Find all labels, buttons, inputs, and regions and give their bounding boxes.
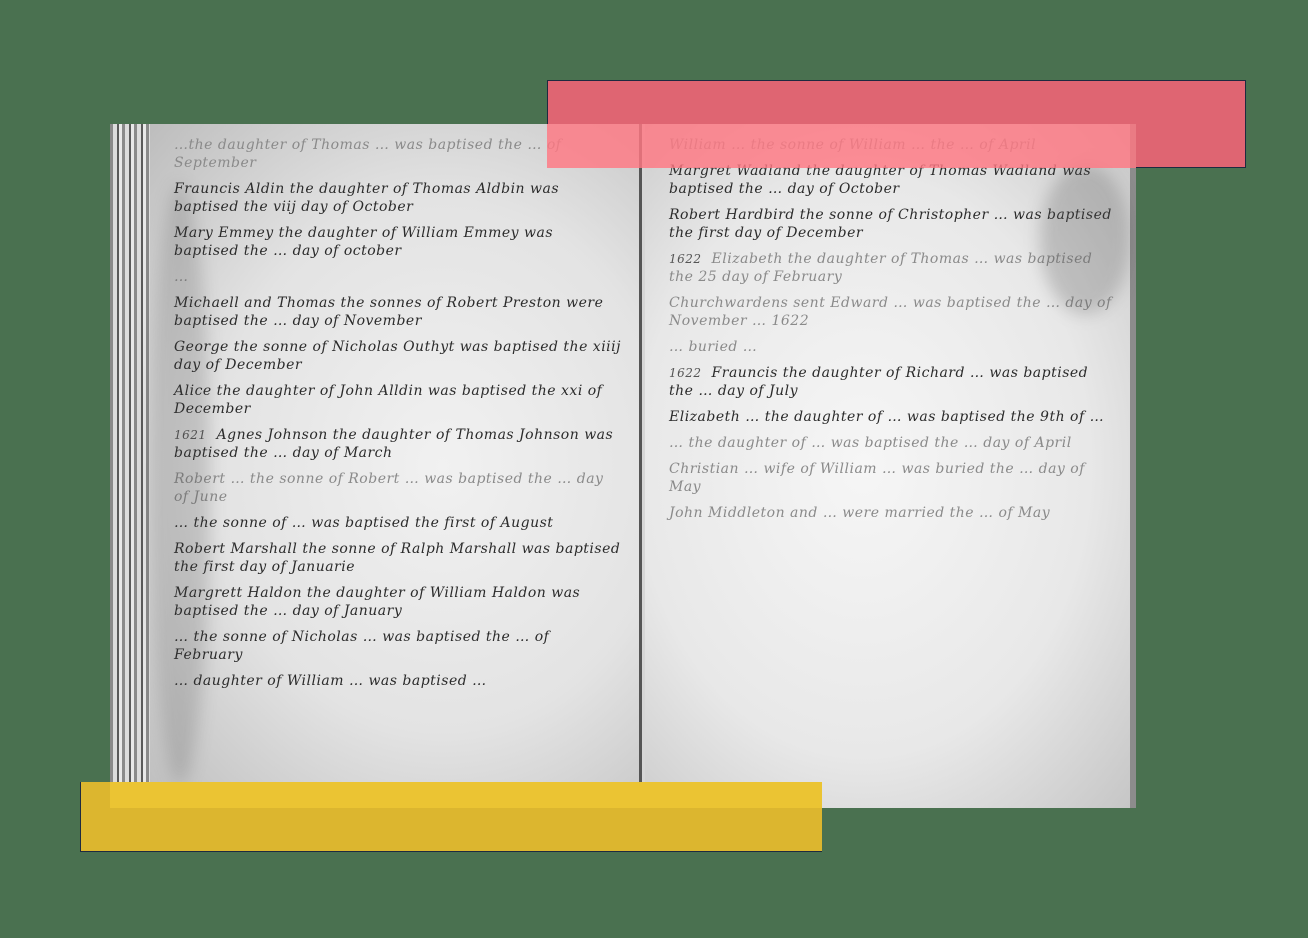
register-entry: … bbox=[174, 268, 621, 286]
register-entry: Christian … wife of William … was buried… bbox=[669, 460, 1112, 496]
entry-text: Michaell and Thomas the sonnes of Robert… bbox=[174, 295, 603, 329]
entry-text: Margret Wadland the daughter of Thomas W… bbox=[669, 163, 1091, 197]
entry-text: John Middleton and … were married the … … bbox=[669, 505, 1050, 521]
register-entry: … the sonne of … was baptised the first … bbox=[174, 514, 621, 532]
entry-text: … buried … bbox=[669, 339, 757, 355]
register-entry: George the sonne of Nicholas Outhyt was … bbox=[174, 338, 621, 374]
left-page: …the daughter of Thomas … was baptised t… bbox=[150, 124, 642, 808]
register-entry: Mary Emmey the daughter of William Emmey… bbox=[174, 224, 621, 260]
register-entry: Robert … the sonne of Robert … was bapti… bbox=[174, 470, 621, 506]
register-entry: 1622Frauncis the daughter of Richard … w… bbox=[669, 364, 1112, 400]
entry-text: Agnes Johnson the daughter of Thomas Joh… bbox=[174, 427, 613, 461]
register-entry: Elizabeth … the daughter of … was baptis… bbox=[669, 408, 1112, 426]
register-entry: Robert Marshall the sonne of Ralph Marsh… bbox=[174, 540, 621, 576]
entry-text: Alice the daughter of John Alldin was ba… bbox=[174, 383, 602, 417]
ink-smudge bbox=[1040, 164, 1130, 314]
entry-text: … daughter of William … was baptised … bbox=[174, 673, 487, 689]
register-entry: 1621Agnes Johnson the daughter of Thomas… bbox=[174, 426, 621, 462]
entry-text: Churchwardens sent Edward … was baptised… bbox=[669, 295, 1112, 329]
register-entry: Alice the daughter of John Alldin was ba… bbox=[174, 382, 621, 418]
register-entry: Margrett Haldon the daughter of William … bbox=[174, 584, 621, 620]
entry-year: 1622 bbox=[669, 252, 702, 266]
entry-text: Frauncis Aldin the daughter of Thomas Al… bbox=[174, 181, 559, 215]
entry-text: … the sonne of … was baptised the first … bbox=[174, 515, 553, 531]
entry-text: Elizabeth … the daughter of … was baptis… bbox=[669, 409, 1104, 425]
entry-text: … the sonne of Nicholas … was baptised t… bbox=[174, 629, 549, 663]
register-entry: Michaell and Thomas the sonnes of Robert… bbox=[174, 294, 621, 330]
entry-text: Robert … the sonne of Robert … was bapti… bbox=[174, 471, 603, 505]
register-entry: Churchwardens sent Edward … was baptised… bbox=[669, 294, 1112, 330]
entry-text: …the daughter of Thomas … was baptised t… bbox=[174, 137, 561, 171]
entry-text: Robert Marshall the sonne of Ralph Marsh… bbox=[174, 541, 620, 575]
entry-year: 1622 bbox=[669, 366, 702, 380]
manuscript-photo: …the daughter of Thomas … was baptised t… bbox=[110, 124, 1136, 808]
register-entry: John Middleton and … were married the … … bbox=[669, 504, 1112, 522]
entry-text: Christian … wife of William … was buried… bbox=[669, 461, 1085, 495]
entry-text: Mary Emmey the daughter of William Emmey… bbox=[174, 225, 553, 259]
red-accent-overlay bbox=[547, 124, 1136, 168]
register-entry: … buried … bbox=[669, 338, 1112, 356]
register-entry: … daughter of William … was baptised … bbox=[174, 672, 621, 690]
yellow-accent-overlay bbox=[110, 782, 822, 808]
entry-text: Frauncis the daughter of Richard … was b… bbox=[669, 365, 1088, 399]
entry-text: … the daughter of … was baptised the … d… bbox=[669, 435, 1072, 451]
register-entry: … the daughter of … was baptised the … d… bbox=[669, 434, 1112, 452]
entry-text: George the sonne of Nicholas Outhyt was … bbox=[174, 339, 621, 373]
register-entry: Frauncis Aldin the daughter of Thomas Al… bbox=[174, 180, 621, 216]
entry-text: Elizabeth the daughter of Thomas … was b… bbox=[669, 251, 1092, 285]
entry-text: Margrett Haldon the daughter of William … bbox=[174, 585, 580, 619]
binding-shadow bbox=[150, 184, 210, 784]
register-entry: … the sonne of Nicholas … was baptised t… bbox=[174, 628, 621, 664]
